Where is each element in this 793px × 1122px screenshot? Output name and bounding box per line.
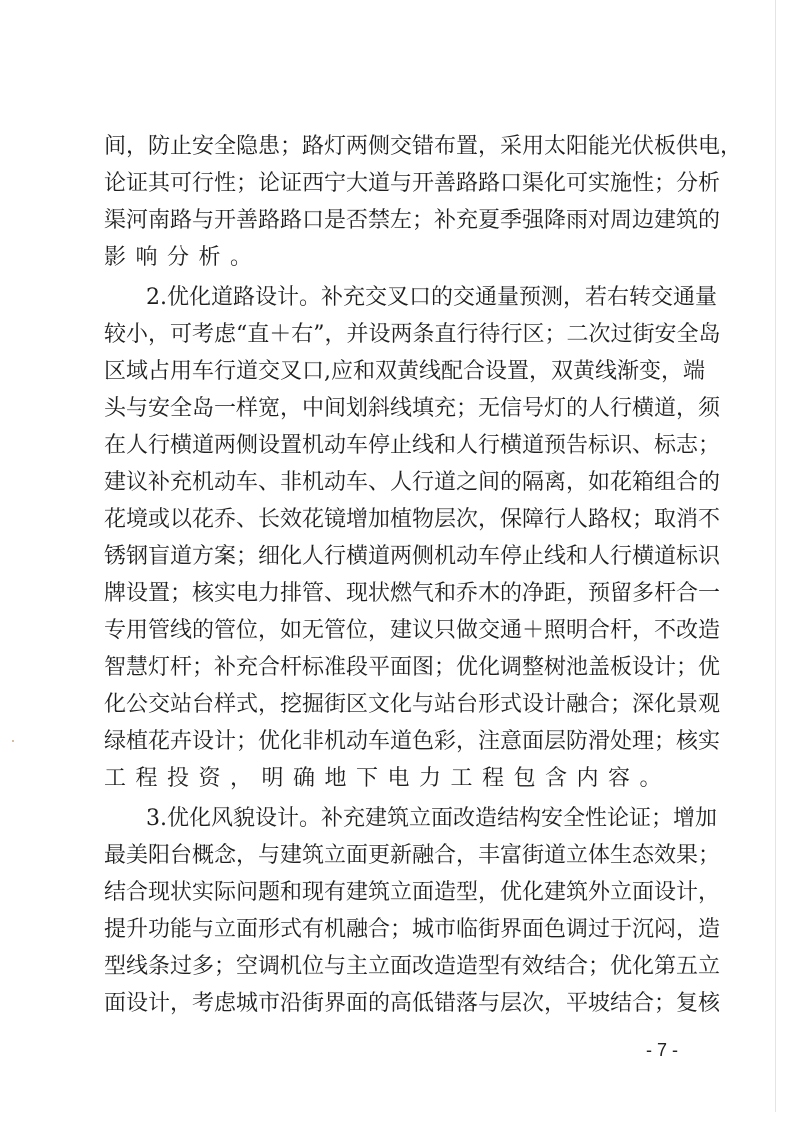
text-line: 型线条过多；空调机位与主立面改造造型有效结合；优化第五立: [104, 948, 684, 985]
document-body: 间，防止安全隐患；路灯两侧交错布置，采用太阳能光伏板供电， 论证其可行性；论证西…: [104, 128, 684, 1022]
text-line: 论证其可行性；论证西宁大道与开善路路口渠化可实施性；分析: [104, 165, 684, 202]
text-line: 智慧灯杆；补充合杆标准段平面图；优化调整树池盖板设计；优: [104, 649, 684, 686]
scan-artifact-dot: [12, 740, 14, 742]
paragraph-heading-line: 2.优化道路设计。补充交叉口的交通量预测，若右转交通量: [104, 279, 684, 316]
text-line: 建议补充机动车、非机动车、人行道之间的隔离，如花箱组合的: [104, 464, 684, 501]
text-line: 专用管线的管位，如无管位，建议只做交通＋照明合杆，不改造: [104, 612, 684, 649]
text-line: 工程投资，明确地下电力工程包含内容。: [104, 760, 684, 797]
text-line: 结合现状实际问题和现有建筑立面造型，优化建筑外立面设计，: [104, 874, 684, 911]
scan-edge-line: [775, 0, 776, 1112]
text-line: 渠河南路与开善路路口是否禁左；补充夏季强降雨对周边建筑的: [104, 202, 684, 239]
text-line: 间，防止安全隐患；路灯两侧交错布置，采用太阳能光伏板供电，: [104, 128, 684, 165]
text-line: 绿植花卉设计；优化非机动车道色彩，注意面层防滑处理；核实: [104, 723, 684, 760]
text-line: 区域占用车行道交叉口,应和双黄线配合设置，双黄线渐变，端: [104, 353, 684, 390]
text-line: 花境或以花乔、长效花镜增加植物层次，保障行人路权；取消不: [104, 501, 684, 538]
paragraph-road-design: 2.优化道路设计。补充交叉口的交通量预测，若右转交通量 较小，可考虑“直＋右”，…: [104, 279, 684, 797]
text-line: 在人行横道两侧设置机动车停止线和人行横道预告标识、标志；: [104, 427, 684, 464]
page-number: - 7 -: [646, 1040, 678, 1061]
text-line: 化公交站台样式，挖掘街区文化与站台形式设计融合；深化景观: [104, 686, 684, 723]
text-line: 较小，可考虑“直＋右”，并设两条直行待行区；二次过街安全岛: [104, 316, 684, 353]
text-line: 影响分析。: [104, 239, 684, 276]
paragraph-heading-line: 3.优化风貌设计。补充建筑立面改造结构安全性论证；增加: [104, 800, 684, 837]
text-line: 提升功能与立面形式有机融合；城市临街界面色调过于沉闷，造: [104, 911, 684, 948]
text-line: 牌设置；核实电力排管、现状燃气和乔木的净距，预留多杆合一: [104, 575, 684, 612]
text-line: 锈钢盲道方案；细化人行横道两侧机动车停止线和人行横道标识: [104, 538, 684, 575]
paragraph-style-design: 3.优化风貌设计。补充建筑立面改造结构安全性论证；增加 最美阳台概念，与建筑立面…: [104, 800, 684, 1022]
text-line: 最美阳台概念，与建筑立面更新融合，丰富街道立体生态效果；: [104, 837, 684, 874]
paragraph-continued: 间，防止安全隐患；路灯两侧交错布置，采用太阳能光伏板供电， 论证其可行性；论证西…: [104, 128, 684, 276]
text-line: 面设计，考虑城市沿街界面的高低错落与层次，平坡结合；复核: [104, 985, 684, 1022]
text-line: 头与安全岛一样宽，中间划斜线填充；无信号灯的人行横道，须: [104, 390, 684, 427]
